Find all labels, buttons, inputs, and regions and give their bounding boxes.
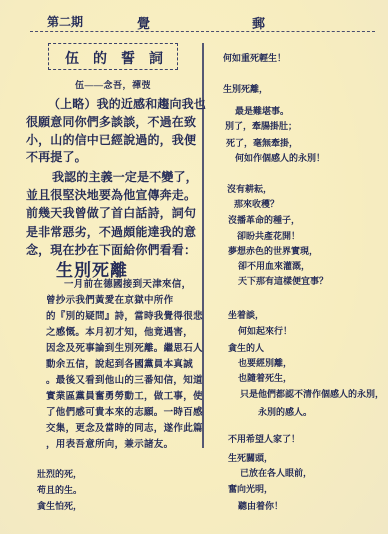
- poem-line: 貪生的人: [228, 341, 264, 354]
- text-line: 小，山的信中已經說過的，我便: [26, 131, 196, 148]
- text-line: （上略）我的近感和趨向我也: [48, 95, 206, 112]
- poem-line: 也隨着死生，: [238, 371, 292, 384]
- text-line: 。最後又看到他山的三番知信，知道: [46, 372, 203, 386]
- text-line: 實業區黨員奮勇勞動工，做工事，使: [46, 388, 203, 402]
- poem-line: 那來收穫？: [234, 197, 279, 210]
- poem-line: 生死關頭，: [228, 451, 273, 464]
- text-line: ，用表吾意所向，兼示諸友。: [46, 436, 173, 450]
- poem-line: 苟且的生。: [37, 483, 82, 496]
- text-line: 我認的主義一定是不變了，: [52, 168, 198, 185]
- text-line: 一月前在德國接到天津來信，: [64, 276, 191, 290]
- issue-number: 第二期: [47, 13, 83, 30]
- header-rule: [30, 31, 375, 32]
- masthead-char-right: 郵: [252, 13, 265, 32]
- poem-line: 壯烈的死，: [37, 467, 82, 480]
- poem-line: 何如作個感人的永別！: [235, 151, 325, 164]
- text-line: 很願意同你們多談談，不過在致: [26, 113, 196, 130]
- text-line: 前幾天我曾做了首白話詩，詞句: [26, 204, 196, 221]
- poem-line: 貪生怕死，: [37, 499, 82, 512]
- poem-line: 只是他們都認不清作個感人的永別，: [240, 387, 384, 400]
- column-divider: [202, 43, 204, 448]
- text-line: 動余五信，說起到各國黨員本真誠: [46, 356, 193, 370]
- poem-line: 永別的感人。: [258, 405, 312, 418]
- poem-line: 夢想赤色的世界實現，: [228, 244, 318, 257]
- article-title: 伍的誓詞: [49, 48, 179, 68]
- byline: 伍——念吾，禪弢: [75, 78, 151, 91]
- text-line: 是非常惡劣，不過頗能達我的意: [26, 223, 196, 240]
- poem-line: 最是難堪事。: [235, 104, 289, 117]
- text-line: 交集，更念及當時的同志，遂作此篇: [46, 420, 203, 434]
- text-line: 並且很堅決地要為他宣傳奔走。: [26, 186, 196, 203]
- poem-line: 坐着談，: [228, 308, 264, 321]
- poem-line: 卻不用血來灌溉，: [238, 259, 310, 272]
- article-title-box: 伍的誓詞: [48, 43, 178, 70]
- poem-line: 何如重死輕生！: [223, 51, 286, 64]
- poem-line: 奮向光明，: [228, 482, 273, 495]
- poem-line: 天下那有這樣便宜事？: [238, 274, 328, 287]
- text-line: 之感慨。本月初才知，他竟遇害，: [46, 324, 193, 338]
- poem-line: 死了，毫無牽掛，: [226, 136, 298, 149]
- poem-line: 聽由着你！: [238, 499, 283, 512]
- masthead-char-left: 覺: [137, 13, 150, 32]
- scanned-page: 第二期 覺 郵 伍的誓詞 伍——念吾，禪弢 （上略）我的近感和趨向我也 很願意同…: [0, 0, 388, 534]
- poem-line: 別了，牽腸掛肚；: [225, 119, 297, 132]
- poem-line: 沒有耕耘，: [227, 182, 272, 195]
- poem-line: 沒播革命的種子，: [228, 213, 300, 226]
- text-line: 了他們感可貴本來的志願。一時百感: [46, 404, 203, 418]
- text-line: 因念及死事論到生別死離。繼思石人: [46, 340, 203, 354]
- poem-line: 不用希望人家了！: [228, 432, 300, 445]
- poem-line: 已放在各人眼前，: [240, 466, 312, 479]
- poem-line: 也要經別離，: [238, 356, 292, 369]
- poem-line: 何如起來行！: [238, 324, 292, 337]
- poem-line: 生別死離，: [223, 82, 268, 95]
- poem-line: 卻盼共產花開！: [237, 229, 300, 242]
- text-line: 曾抄示我們黃愛在京獄中所作: [46, 292, 173, 306]
- text-line: 不再提了。: [26, 148, 87, 165]
- text-line: 的『別的疑問』詩，當時我覺得很悲: [46, 308, 203, 322]
